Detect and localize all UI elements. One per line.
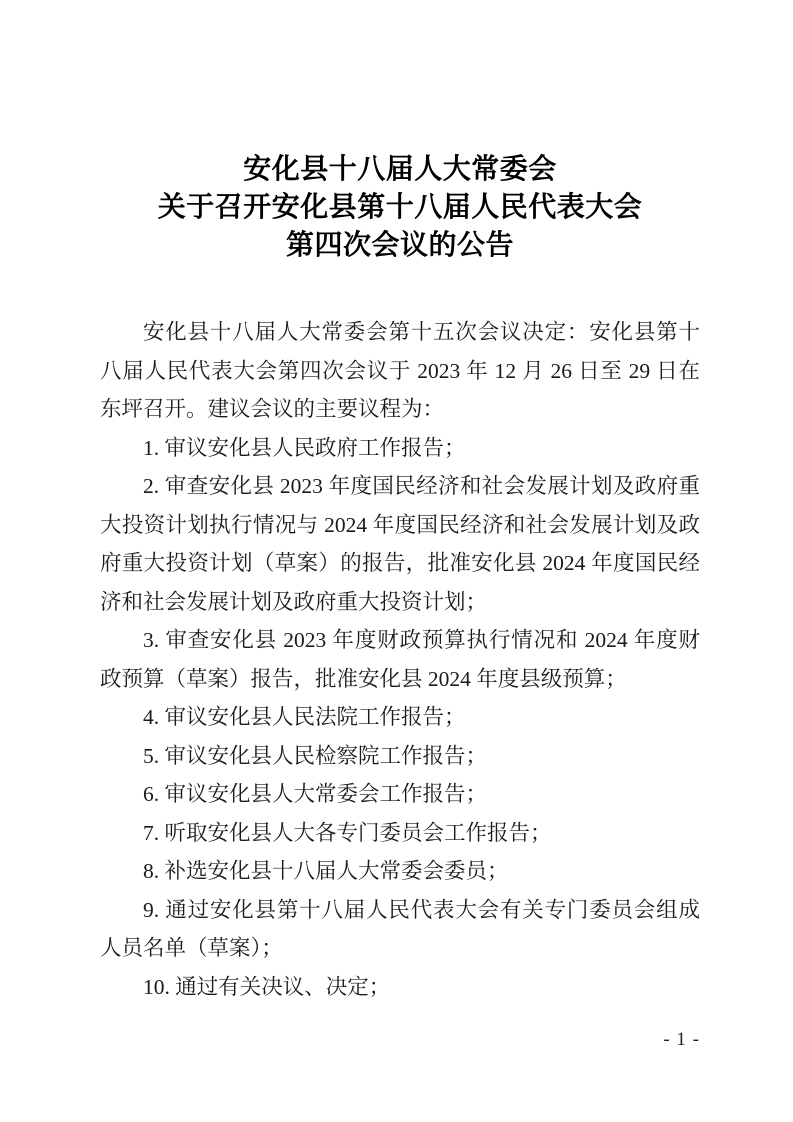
agenda-item-3: 3. 审查安化县 2023 年度财政预算执行情况和 2024 年度财政预算（草案…: [100, 621, 700, 698]
agenda-item-9: 9. 通过安化县第十八届人民代表大会有关专门委员会组成人员名单（草案）；: [100, 891, 700, 968]
agenda-item-2: 2. 审查安化县 2023 年度国民经济和社会发展计划及政府重大投资计划执行情况…: [100, 467, 700, 621]
agenda-item-4: 4. 审议安化县人民法院工作报告；: [100, 698, 700, 737]
document-title: 安化县十八届人大常委会 关于召开安化县第十八届人民代表大会 第四次会议的公告: [100, 0, 700, 265]
intro-paragraph: 安化县十八届人大常委会第十五次会议决定：安化县第十八届人民代表大会第四次会议于 …: [100, 313, 700, 429]
document-page: 安化县十八届人大常委会 关于召开安化县第十八届人民代表大会 第四次会议的公告 安…: [0, 0, 793, 1122]
document-title-line-3: 第四次会议的公告: [100, 227, 700, 265]
agenda-item-5: 5. 审议安化县人民检察院工作报告；: [100, 737, 700, 776]
agenda-item-10: 10. 通过有关决议、决定；: [100, 968, 700, 1007]
agenda-item-6: 6. 审议安化县人大常委会工作报告；: [100, 775, 700, 814]
agenda-item-7: 7. 听取安化县人大各专门委员会工作报告；: [100, 814, 700, 853]
document-body: 安化县十八届人大常委会第十五次会议决定：安化县第十八届人民代表大会第四次会议于 …: [100, 313, 700, 1006]
document-title-line-2: 关于召开安化县第十八届人民代表大会: [100, 189, 700, 227]
page-number: - 1 -: [100, 1029, 700, 1051]
agenda-item-1: 1. 审议安化县人民政府工作报告；: [100, 429, 700, 468]
document-title-line-1: 安化县十八届人大常委会: [100, 151, 700, 189]
agenda-item-8: 8. 补选安化县十八届人大常委会委员；: [100, 852, 700, 891]
document-content: 安化县十八届人大常委会 关于召开安化县第十八届人民代表大会 第四次会议的公告 安…: [100, 0, 700, 1006]
